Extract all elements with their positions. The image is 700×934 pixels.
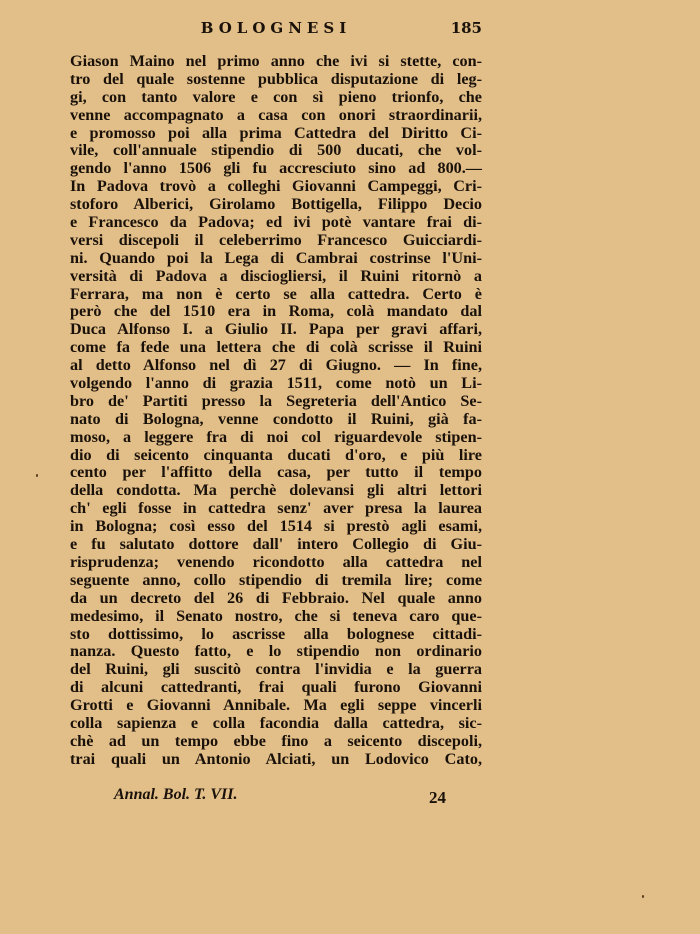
- text-line: versità di Padova a disciogliersi, il Ru…: [70, 268, 482, 286]
- text-line: sto dottissimo, lo ascrisse alla bologne…: [70, 626, 482, 644]
- text-line: vile, coll'annuale stipendio di 500 duca…: [70, 142, 482, 160]
- text-line: chè ad un tempo ebbe fino a seicento dis…: [70, 733, 482, 751]
- text-line: Duca Alfonso I. a Giulio II. Papa per gr…: [70, 321, 482, 339]
- text-line: gendo l'anno 1506 gli fu accresciuto sin…: [70, 160, 482, 178]
- text-line: medesimo, il Senato nostro, che si tenev…: [70, 608, 482, 626]
- text-line: colla sapienza e colla facondia dalla ca…: [70, 715, 482, 733]
- text-line: della condotta. Ma perchè dolevansi gli …: [70, 482, 482, 500]
- running-head: BOLOGNESI 185: [70, 19, 482, 41]
- scan-speck: [642, 895, 644, 898]
- text-line: ni. Quando poi la Lega di Cambrai costri…: [70, 250, 482, 268]
- text-line: Ferrara, ma non è certo se alla cattedra…: [70, 286, 482, 304]
- text-line: e fu salutato dottore dall' intero Colle…: [70, 536, 482, 554]
- text-line: e Francesco da Padova; ed ivi potè vanta…: [70, 214, 482, 232]
- text-line: però che del 1510 era in Roma, colà mand…: [70, 303, 482, 321]
- text-line: ch' egli fosse in cattedra senz' aver pr…: [70, 500, 482, 518]
- text-line: dio di seicento cinquanta ducati d'oro, …: [70, 447, 482, 465]
- text-line: risprudenza; venendo ricondotto alla cat…: [70, 554, 482, 572]
- text-line: al detto Alfonso nel dì 27 di Giugno. — …: [70, 357, 482, 375]
- text-line: bro de' Partiti presso la Segreteria del…: [70, 393, 482, 411]
- text-line: venne accompagnato a casa con onori stra…: [70, 107, 482, 125]
- scan-speck: [36, 474, 38, 477]
- page-number: 185: [451, 19, 482, 37]
- running-title: BOLOGNESI: [70, 19, 482, 37]
- text-line: Giason Maino nel primo anno che ivi si s…: [70, 53, 482, 71]
- text-line: di alcuni cattedranti, frai quali furono…: [70, 679, 482, 697]
- text-line: da un decreto del 26 di Febbraio. Nel qu…: [70, 590, 482, 608]
- text-line: gi, con tanto valore e con sì pieno trio…: [70, 89, 482, 107]
- text-line: del Ruini, gli suscitò contra l'invidia …: [70, 661, 482, 679]
- signature-mark: Annal. Bol. T. VII.: [114, 786, 237, 804]
- text-line: Grotti e Giovanni Annibale. Ma egli sepp…: [70, 697, 482, 715]
- text-line: cento per l'affitto della casa, per tutt…: [70, 464, 482, 482]
- text-line: come fa fede una lettera che di colà scr…: [70, 339, 482, 357]
- gathering-number: 24: [429, 788, 446, 808]
- book-page: BOLOGNESI 185 Giason Maino nel primo ann…: [0, 0, 700, 934]
- text-line: In Padova trovò a colleghi Giovanni Camp…: [70, 178, 482, 196]
- body-text: Giason Maino nel primo anno che ivi si s…: [70, 53, 482, 769]
- text-line: moso, a leggere fra di noi col riguardev…: [70, 429, 482, 447]
- text-line: nanza. Questo fatto, e lo stipendio non …: [70, 643, 482, 661]
- text-line: versi discepoli il celeberrimo Francesco…: [70, 232, 482, 250]
- text-line: seguente anno, collo stipendio di tremil…: [70, 572, 482, 590]
- text-line: nato di Bologna, venne condotto il Ruini…: [70, 411, 482, 429]
- text-line: stoforo Alberici, Girolamo Bottigella, F…: [70, 196, 482, 214]
- page-footer: Annal. Bol. T. VII. 24: [70, 786, 482, 808]
- text-line: trai quali un Antonio Alciati, un Lodovi…: [70, 751, 482, 769]
- text-line: volgendo l'anno di grazia 1511, come not…: [70, 375, 482, 393]
- text-line: e promosso poi alla prima Cattedra del D…: [70, 125, 482, 143]
- text-line: tro del quale sostenne pubblica disputaz…: [70, 71, 482, 89]
- text-line: in Bologna; così esso del 1514 si prestò…: [70, 518, 482, 536]
